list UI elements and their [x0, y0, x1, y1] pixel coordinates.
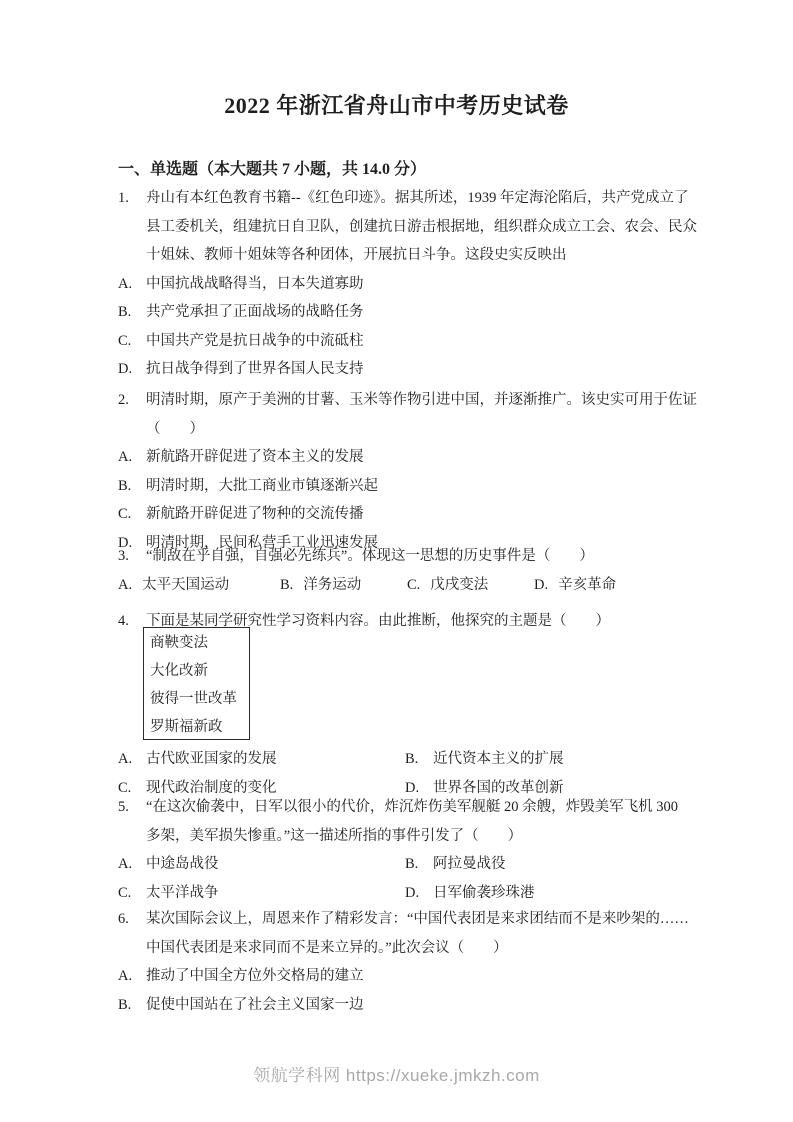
option-text: 促使中国站在了社会主义国家一边	[146, 997, 364, 1013]
option-b: B.共产党承担了正面战场的战略任务	[0, 298, 793, 327]
option-label: B.	[118, 472, 146, 501]
option-label: C.	[118, 879, 146, 908]
option-text: 近代资本主义的扩展	[433, 751, 564, 767]
question-6: 6. 某次国际会议上，周恩来作了精彩发言：“中国代表团是来求团结而不是来吵架的……	[0, 905, 793, 1019]
option-a: A.新航路开辟促进了资本主义的发展	[0, 443, 793, 472]
option-b: B.洋务运动	[280, 571, 361, 600]
option-text: 辛亥革命	[558, 577, 616, 593]
reference-box-item: 大化改新	[150, 657, 249, 685]
option-d: D.抗日战争得到了世界各国人民支持	[0, 355, 793, 384]
option-text: 古代欧亚国家的发展	[146, 751, 277, 767]
option-text: 中途岛战役	[146, 856, 219, 872]
option-text: 中国抗战战略得当，日本失道寡助	[146, 276, 364, 292]
option-b: B.阿拉曼战役	[405, 850, 506, 879]
option-c: C.中国共产党是抗日战争的中流砥柱	[0, 327, 793, 356]
option-label: C.	[407, 571, 420, 600]
question-number: 3.	[118, 542, 129, 571]
option-a: A.太平天国运动	[118, 571, 229, 600]
option-b: B.明清时期，大批工商业市镇逐渐兴起	[0, 472, 793, 501]
question-number: 6.	[118, 905, 129, 934]
option-label: D.	[118, 355, 146, 384]
option-d: D.辛亥革命	[534, 571, 616, 600]
footer-watermark: 领航学科网 https://xueke.jmkzh.com	[0, 1064, 793, 1088]
option-label: C.	[118, 327, 146, 356]
option-label: B.	[118, 991, 146, 1020]
option-label: A.	[118, 270, 146, 299]
question-1: 1. 舟山有本红色教育书籍--《红色印迹》。据其所述，1939 年定海沦陷后，共…	[0, 184, 793, 384]
option-text: 日军偷袭珍珠港	[433, 885, 535, 901]
question-stem-line: 十姐妹、教师十姐妹等各种团体，开展抗日斗争。这段史实反映出	[0, 241, 793, 270]
option-label: A.	[118, 443, 146, 472]
option-text: 中国共产党是抗日战争的中流砥柱	[146, 333, 364, 349]
question-4: 4. 下面是某同学研究性学习资料内容。由此推断，他探究的主题是（ ） 商鞅变法 …	[0, 607, 793, 636]
reference-box-item: 彼得一世改革	[150, 685, 249, 713]
option-label: B.	[405, 850, 433, 879]
question-number: 5.	[118, 793, 129, 822]
question-number: 1.	[118, 184, 129, 213]
options-row: A.太平天国运动 B.洋务运动 C.戊戌变法 D.辛亥革命	[0, 571, 793, 600]
option-label: B.	[118, 298, 146, 327]
option-c: C.太平洋战争	[0, 879, 793, 908]
question-2: 2. 明清时期，原产于美洲的甘薯、玉米等作物引进中国，并逐渐推广。该史实可用于佐…	[0, 386, 793, 557]
option-text: 共产党承担了正面战场的战略任务	[146, 304, 364, 320]
option-text: 太平洋战争	[146, 885, 219, 901]
question-stem-line: （ ）	[0, 415, 793, 444]
options-row: A.中途岛战役 B.阿拉曼战役	[0, 850, 793, 879]
option-label: B.	[405, 745, 433, 774]
option-label: A.	[118, 571, 132, 600]
option-text: 戊戌变法	[430, 577, 488, 593]
question-stem-line: 县工委机关，组建抗日自卫队，创建抗日游击根据地，组织群众成立工会、农会、民众	[0, 213, 793, 242]
section-heading: 一、单选题（本大题共 7 小题，共 14.0 分）	[118, 156, 426, 184]
page-title: 2022 年浙江省舟山市中考历史试卷	[0, 90, 793, 122]
option-d: D.日军偷袭珍珠港	[405, 879, 535, 908]
option-label: C.	[118, 500, 146, 529]
option-text: 抗日战争得到了世界各国人民支持	[146, 361, 364, 377]
option-b: B.促使中国站在了社会主义国家一边	[0, 991, 793, 1020]
option-c: C.新航路开辟促进了物种的交流传播	[0, 500, 793, 529]
option-a: A.古代欧亚国家的发展	[0, 745, 793, 774]
option-b: B.近代资本主义的扩展	[405, 745, 564, 774]
option-label: D.	[534, 571, 548, 600]
question-number: 2.	[118, 386, 129, 415]
question-stem-line: 中国代表团是来求同而不是来立异的。”此次会议（ ）	[0, 934, 793, 963]
option-text: 太平天国运动	[142, 577, 229, 593]
option-text: 阿拉曼战役	[433, 856, 506, 872]
option-c: C.戊戌变法	[407, 571, 488, 600]
question-stem-line: 多架，美军损失惨重。”这一描述所指的事件引发了（ ）	[0, 822, 793, 851]
option-text: 明清时期，大批工商业市镇逐渐兴起	[146, 478, 378, 494]
option-label: A.	[118, 962, 146, 991]
question-number: 4.	[118, 607, 129, 636]
option-text: 推动了中国全方位外交格局的建立	[146, 968, 364, 984]
option-text: 洋务运动	[303, 577, 361, 593]
reference-box: 商鞅变法 大化改新 彼得一世改革 罗斯福新政	[143, 627, 250, 740]
reference-box-item: 商鞅变法	[150, 629, 249, 657]
options-row: A.古代欧亚国家的发展 B.近代资本主义的扩展	[0, 745, 793, 774]
option-label: A.	[118, 745, 146, 774]
option-a: A.中国抗战战略得当，日本失道寡助	[0, 270, 793, 299]
option-a: A.中途岛战役	[0, 850, 793, 879]
option-label: D.	[405, 879, 433, 908]
options-row: C.太平洋战争 D.日军偷袭珍珠港	[0, 879, 793, 908]
option-text: 新航路开辟促进了资本主义的发展	[146, 449, 364, 465]
option-text: 新航路开辟促进了物种的交流传播	[146, 506, 364, 522]
option-a: A.推动了中国全方位外交格局的建立	[0, 962, 793, 991]
option-label: B.	[280, 571, 293, 600]
option-label: A.	[118, 850, 146, 879]
reference-box-item: 罗斯福新政	[150, 713, 249, 741]
question-3: 3. “制敌在乎自强，自强必先练兵”。体现这一思想的历史事件是（ ） A.太平天…	[0, 542, 793, 600]
question-5: 5. “在这次偷袭中，日军以很小的代价，炸沉炸伤美军舰艇 20 余艘，炸毁美军飞…	[0, 793, 793, 907]
exam-page: 2022 年浙江省舟山市中考历史试卷 一、单选题（本大题共 7 小题，共 14.…	[0, 0, 793, 1122]
